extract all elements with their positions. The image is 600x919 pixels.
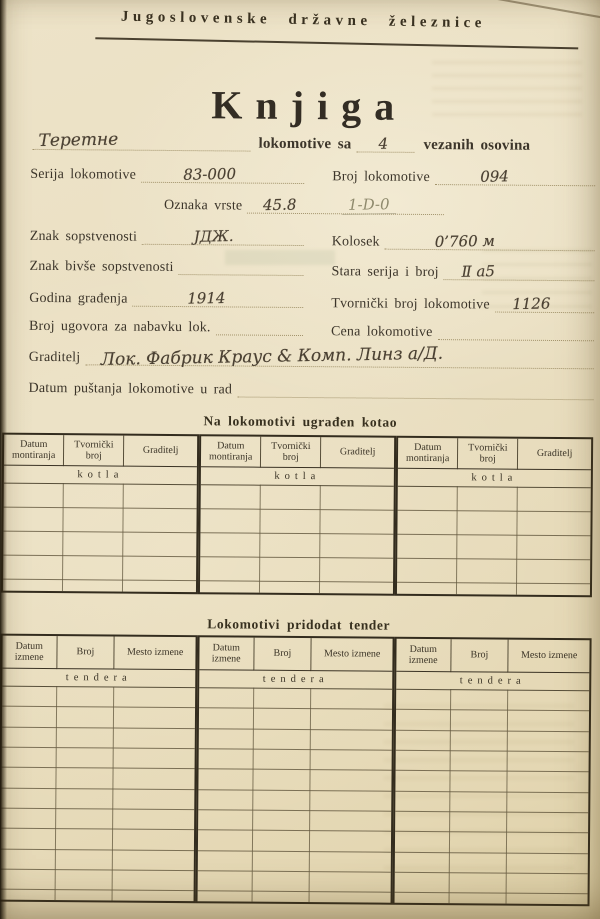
tender-subheader: tendera bbox=[2, 668, 195, 688]
empty-cell bbox=[395, 852, 449, 873]
field-cena-line bbox=[437, 322, 594, 341]
empty-row bbox=[201, 485, 394, 510]
empty-cell bbox=[2, 747, 56, 768]
empty-cell bbox=[198, 769, 252, 790]
empty-cell bbox=[198, 810, 252, 831]
empty-cell bbox=[200, 532, 260, 556]
empty-cell bbox=[2, 686, 56, 707]
kotao-subheader-row: kotla bbox=[201, 467, 394, 487]
field-broj-label: Broj lokomotive bbox=[332, 169, 430, 185]
empty-cell bbox=[320, 533, 394, 557]
empty-cell bbox=[507, 771, 588, 792]
empty-cell bbox=[449, 873, 507, 894]
kotao-section-title: Na lokomotivi ugrađen kotao bbox=[0, 412, 600, 433]
kotao-tables: Datum montiranja Tvornički broj Graditel… bbox=[1, 433, 593, 598]
empty-cell bbox=[252, 769, 310, 790]
empty-row bbox=[2, 706, 195, 728]
field-cena: Cena lokomotive bbox=[331, 321, 594, 341]
field-godina-label: Godina građenja bbox=[29, 290, 128, 306]
field-broj: Broj lokomotive 094 bbox=[332, 166, 595, 186]
empty-cell bbox=[123, 532, 197, 556]
empty-cell bbox=[1, 849, 55, 870]
tender-header-row: Datum izmene Broj Mesto izmene bbox=[2, 636, 195, 670]
field-datum-rada: Datum puštanja lokomotive u rad bbox=[28, 378, 593, 400]
empty-cell bbox=[56, 707, 114, 728]
field-znak-label: Znak sopstvenosti bbox=[30, 228, 138, 244]
empty-cell bbox=[252, 871, 310, 892]
kotao-col-datum: Datum montiranja bbox=[4, 435, 64, 466]
tender-col-broj: Broj bbox=[56, 636, 114, 669]
empty-row bbox=[200, 580, 393, 594]
empty-cell bbox=[1, 869, 55, 890]
empty-cell bbox=[507, 853, 588, 874]
empty-cell bbox=[310, 770, 391, 791]
kotao-subheader-row: kotla bbox=[398, 468, 591, 488]
empty-row bbox=[198, 850, 391, 872]
kotao-subheader: kotla bbox=[4, 465, 197, 485]
empty-row bbox=[198, 769, 391, 791]
tender-section-title: Lokomotivi pridodat tender bbox=[0, 615, 599, 636]
empty-row bbox=[198, 830, 391, 852]
empty-cell bbox=[311, 689, 392, 710]
page-title: Knjiga bbox=[3, 80, 600, 132]
empty-cell bbox=[507, 832, 588, 853]
empty-cell bbox=[55, 890, 113, 901]
empty-cell bbox=[310, 811, 391, 832]
empty-cell bbox=[114, 687, 195, 708]
kotao-header-row: Datum montiranja Tvornički broj Graditel… bbox=[201, 436, 394, 468]
empty-cell bbox=[55, 809, 113, 830]
empty-row bbox=[198, 789, 391, 811]
empty-cell bbox=[310, 872, 391, 893]
empty-row bbox=[1, 869, 194, 891]
field-tvornicki-value: 1126 bbox=[512, 294, 551, 313]
tender-table-2: Datum izmene Broj Mesto izmene tendera bbox=[196, 635, 395, 905]
axles-line: 4 bbox=[356, 134, 414, 152]
empty-row bbox=[1, 767, 194, 789]
field-znak-bivse: Znak bivše sopstvenosti bbox=[29, 256, 303, 276]
field-graditelj-value: Лок. Фабрик Краус & Комп. Линз а/Д. bbox=[100, 344, 443, 370]
empty-cell bbox=[449, 893, 507, 904]
field-godina-line: 1914 bbox=[133, 289, 304, 308]
empty-cell bbox=[113, 748, 194, 769]
empty-cell bbox=[309, 892, 390, 903]
field-stara: Stara serija i broj Ⅱ а5 bbox=[331, 261, 594, 281]
empty-row bbox=[199, 728, 392, 750]
empty-cell bbox=[55, 849, 113, 870]
empty-cell bbox=[449, 832, 507, 853]
field-znak-bivse-line bbox=[179, 257, 304, 276]
field-serija-value: 83-000 bbox=[183, 165, 236, 184]
empty-cell bbox=[450, 730, 508, 751]
empty-cell bbox=[63, 579, 123, 591]
empty-cell bbox=[198, 891, 252, 902]
kotao-table-1: Datum montiranja Tvornički broj Graditel… bbox=[1, 433, 199, 595]
empty-cell bbox=[310, 831, 391, 852]
empty-cell bbox=[395, 893, 449, 904]
empty-cell bbox=[398, 486, 458, 510]
empty-cell bbox=[310, 750, 391, 771]
field-stara-value: Ⅱ а5 bbox=[462, 262, 496, 281]
field-graditelj-line: Лок. Фабрик Краус & Комп. Линз а/Д. bbox=[85, 347, 594, 369]
empty-cell bbox=[507, 873, 588, 894]
kotao-col-graditelj: Graditelj bbox=[518, 439, 592, 470]
empty-cell bbox=[55, 829, 113, 850]
tender-col-broj: Broj bbox=[450, 639, 508, 672]
empty-cell bbox=[260, 533, 320, 557]
railway-masthead: Jugoslovenske državne železnice bbox=[3, 7, 600, 35]
empty-row bbox=[198, 891, 391, 903]
empty-cell bbox=[320, 557, 394, 581]
empty-row bbox=[2, 727, 195, 749]
empty-row bbox=[395, 811, 588, 833]
field-znak-line: ЈДЖ. bbox=[142, 227, 304, 246]
field-tvornicki: Tvornički broj lokomotive 1126 bbox=[331, 293, 594, 313]
empty-row bbox=[200, 509, 393, 534]
empty-cell bbox=[253, 749, 311, 770]
empty-row bbox=[396, 730, 589, 752]
field-oznaka-line: 45.8 1-D-0 bbox=[247, 196, 444, 216]
empty-cell bbox=[200, 580, 260, 592]
empty-row bbox=[1, 808, 194, 830]
empty-cell bbox=[63, 484, 123, 508]
field-ugovor-label: Broj ugovora za nabavku lok. bbox=[29, 318, 211, 335]
empty-cell bbox=[2, 706, 56, 727]
empty-row bbox=[200, 556, 393, 581]
tender-col-datum: Datum izmene bbox=[2, 636, 56, 669]
empty-cell bbox=[201, 485, 261, 509]
empty-row bbox=[3, 507, 196, 532]
empty-row bbox=[199, 708, 392, 730]
empty-cell bbox=[199, 708, 253, 729]
empty-cell bbox=[252, 830, 310, 851]
kotao-table-3: Datum montiranja Tvornički broj Graditel… bbox=[395, 436, 593, 598]
tender-header-row: Datum izmene Broj Mesto izmene bbox=[396, 639, 589, 673]
kotao-col-tvornicki: Tvornički broj bbox=[64, 435, 124, 466]
empty-cell bbox=[260, 557, 320, 581]
kotao-col-datum: Datum montiranja bbox=[398, 438, 458, 469]
empty-cell bbox=[310, 790, 391, 811]
tender-col-mesto: Mesto izmene bbox=[311, 638, 392, 671]
tender-col-datum: Datum izmene bbox=[199, 637, 253, 670]
empty-row bbox=[199, 688, 392, 710]
field-serija-line: 83-000 bbox=[141, 165, 304, 184]
empty-cell bbox=[253, 729, 311, 750]
axles-value: 4 bbox=[378, 135, 388, 153]
empty-cell bbox=[457, 511, 517, 535]
empty-cell bbox=[457, 582, 517, 594]
empty-cell bbox=[1, 767, 55, 788]
empty-cell bbox=[113, 829, 194, 850]
empty-cell bbox=[311, 709, 392, 730]
empty-cell bbox=[450, 690, 508, 711]
empty-cell bbox=[123, 484, 197, 508]
empty-cell bbox=[508, 710, 589, 731]
field-oznaka: Oznaka vrste 45.8 1-D-0 bbox=[164, 195, 444, 215]
empty-cell bbox=[199, 688, 253, 709]
kotao-col-tvornicki: Tvornički broj bbox=[261, 437, 321, 468]
empty-row bbox=[1, 849, 194, 871]
subtitle-label-mid: lokomotive sa bbox=[258, 135, 351, 152]
field-znak: Znak sopstvenosti ЈДЖ. bbox=[30, 226, 304, 246]
empty-cell bbox=[320, 486, 394, 510]
kotao-subheader: kotla bbox=[201, 467, 394, 487]
empty-cell bbox=[397, 582, 457, 594]
empty-cell bbox=[113, 768, 194, 789]
empty-cell bbox=[113, 789, 194, 810]
field-stara-label: Stara serija i broj bbox=[331, 264, 438, 280]
tender-header-row: Datum izmene Broj Mesto izmene bbox=[199, 637, 392, 671]
empty-row bbox=[3, 555, 196, 580]
empty-row bbox=[3, 579, 196, 593]
empty-cell bbox=[123, 508, 197, 532]
field-oznaka-value2: 1-D-0 bbox=[342, 195, 396, 215]
empty-cell bbox=[397, 510, 457, 534]
empty-cell bbox=[55, 870, 113, 891]
empty-cell bbox=[113, 870, 194, 891]
empty-cell bbox=[320, 510, 394, 534]
field-ugovor: Broj ugovora za nabavku lok. bbox=[29, 316, 303, 336]
empty-cell bbox=[3, 507, 63, 531]
tender-tables: Datum izmene Broj Mesto izmene tendera bbox=[0, 634, 592, 907]
empty-row bbox=[396, 689, 589, 711]
field-ugovor-line bbox=[216, 317, 304, 336]
empty-cell bbox=[395, 791, 449, 812]
empty-cell bbox=[517, 487, 591, 511]
empty-cell bbox=[506, 893, 587, 904]
empty-cell bbox=[253, 688, 311, 709]
empty-cell bbox=[200, 556, 260, 580]
empty-cell bbox=[260, 581, 320, 593]
field-graditelj: Graditelj Лок. Фабрик Краус & Комп. Линз… bbox=[29, 347, 594, 369]
empty-cell bbox=[198, 789, 252, 810]
empty-cell bbox=[260, 485, 320, 509]
empty-cell bbox=[252, 891, 310, 902]
empty-cell bbox=[2, 727, 56, 748]
empty-row bbox=[395, 771, 588, 793]
field-stara-line: Ⅱ а5 bbox=[444, 262, 595, 281]
empty-cell bbox=[123, 580, 196, 593]
kotao-header-row: Datum montiranja Tvornički broj Graditel… bbox=[4, 435, 197, 467]
empty-cell bbox=[397, 558, 457, 582]
empty-cell bbox=[56, 727, 114, 748]
empty-cell bbox=[450, 751, 508, 772]
kotao-col-tvornicki: Tvornički broj bbox=[458, 438, 518, 469]
empty-row bbox=[199, 749, 392, 771]
field-oznaka-label: Oznaka vrste bbox=[164, 198, 242, 214]
tender-col-mesto: Mesto izmene bbox=[508, 640, 589, 673]
empty-cell bbox=[55, 768, 113, 789]
empty-cell bbox=[1, 889, 55, 900]
empty-cell bbox=[56, 748, 114, 769]
empty-cell bbox=[123, 556, 197, 580]
empty-row bbox=[200, 532, 393, 557]
tender-table-3: Datum izmene Broj Mesto izmene tendera bbox=[393, 637, 592, 907]
empty-row bbox=[2, 686, 195, 708]
empty-cell bbox=[311, 729, 392, 750]
empty-cell bbox=[457, 558, 517, 582]
field-godina-value: 1914 bbox=[187, 289, 226, 308]
empty-cell bbox=[507, 792, 588, 813]
empty-row bbox=[397, 510, 590, 535]
empty-cell bbox=[507, 751, 588, 772]
empty-row bbox=[397, 534, 590, 559]
empty-cell bbox=[3, 579, 63, 591]
empty-row bbox=[397, 582, 590, 596]
empty-cell bbox=[517, 535, 591, 559]
empty-cell bbox=[199, 728, 253, 749]
empty-cell bbox=[4, 483, 64, 507]
empty-cell bbox=[199, 749, 253, 770]
empty-cell bbox=[395, 832, 449, 853]
empty-cell bbox=[55, 788, 113, 809]
empty-cell bbox=[114, 707, 195, 728]
empty-cell bbox=[200, 509, 260, 533]
empty-cell bbox=[253, 708, 311, 729]
field-tvornicki-line: 1126 bbox=[495, 295, 595, 314]
empty-row bbox=[397, 558, 590, 583]
field-znak-value: ЈДЖ. bbox=[194, 227, 234, 246]
kotao-col-graditelj: Graditelj bbox=[124, 436, 198, 467]
empty-row bbox=[2, 747, 195, 769]
kotao-col-graditelj: Graditelj bbox=[321, 437, 395, 468]
book-binding-edge bbox=[0, 0, 7, 919]
empty-cell bbox=[457, 487, 517, 511]
empty-cell bbox=[395, 872, 449, 893]
field-kolosek-value: 0’760 м bbox=[435, 232, 495, 251]
empty-cell bbox=[63, 531, 123, 555]
tender-subheader: tendera bbox=[396, 671, 589, 691]
field-serija-label: Serija lokomotive bbox=[30, 166, 136, 182]
empty-cell bbox=[260, 509, 320, 533]
field-broj-line: 094 bbox=[435, 167, 595, 186]
locomotive-type-value: Теретне bbox=[38, 130, 118, 151]
field-datum-rada-label: Datum puštanja lokomotive u rad bbox=[28, 380, 232, 397]
empty-cell bbox=[449, 791, 507, 812]
field-datum-rada-line bbox=[237, 380, 594, 401]
locomotive-type-line: Теретне bbox=[32, 132, 250, 152]
tender-subheader-row: tendera bbox=[396, 671, 589, 691]
field-cena-label: Cena lokomotive bbox=[331, 324, 433, 340]
subtitle-label-end: vezanih osovina bbox=[423, 136, 530, 153]
empty-cell bbox=[1, 828, 55, 849]
empty-cell bbox=[449, 852, 507, 873]
tender-col-datum: Datum izmene bbox=[396, 639, 450, 672]
empty-cell bbox=[114, 728, 195, 749]
empty-cell bbox=[63, 508, 123, 532]
empty-cell bbox=[517, 511, 591, 535]
empty-cell bbox=[517, 559, 591, 583]
empty-row bbox=[1, 828, 194, 850]
field-kolosek-label: Kolosek bbox=[332, 234, 380, 250]
kotao-header-row: Datum montiranja Tvornički broj Graditel… bbox=[398, 438, 591, 470]
subtitle-row: Теретне lokomotive sa 4 vezanih osovina bbox=[32, 132, 574, 154]
empty-cell bbox=[396, 689, 450, 710]
empty-row bbox=[198, 810, 391, 832]
kotao-col-datum: Datum montiranja bbox=[201, 436, 261, 467]
empty-cell bbox=[517, 583, 590, 596]
empty-cell bbox=[508, 731, 589, 752]
empty-row bbox=[396, 750, 589, 772]
scanned-book-page: Jugoslovenske državne železnice Knjiga Т… bbox=[0, 0, 600, 919]
empty-row bbox=[396, 710, 589, 732]
empty-cell bbox=[113, 809, 194, 830]
empty-cell bbox=[450, 710, 508, 731]
empty-row bbox=[1, 788, 194, 810]
empty-cell bbox=[198, 830, 252, 851]
field-znak-bivse-label: Znak bivše sopstvenosti bbox=[29, 258, 173, 275]
field-serija: Serija lokomotive 83-000 bbox=[30, 164, 304, 184]
empty-cell bbox=[396, 710, 450, 731]
empty-cell bbox=[252, 851, 310, 872]
empty-cell bbox=[320, 581, 393, 594]
empty-cell bbox=[252, 810, 310, 831]
kotao-subheader: kotla bbox=[398, 468, 591, 488]
field-godina: Godina građenja 1914 bbox=[29, 288, 303, 308]
kotao-subheader-row: kotla bbox=[4, 465, 197, 485]
empty-cell bbox=[63, 555, 123, 579]
empty-cell bbox=[1, 808, 55, 829]
empty-row bbox=[395, 872, 588, 894]
empty-cell bbox=[113, 850, 194, 871]
tender-col-broj: Broj bbox=[253, 638, 311, 671]
empty-cell bbox=[1, 788, 55, 809]
empty-cell bbox=[449, 771, 507, 792]
empty-cell bbox=[3, 555, 63, 579]
empty-cell bbox=[56, 687, 114, 708]
empty-row bbox=[398, 486, 591, 511]
empty-cell bbox=[395, 811, 449, 832]
empty-row bbox=[3, 531, 196, 556]
empty-cell bbox=[112, 890, 193, 901]
tender-subheader-row: tendera bbox=[199, 670, 392, 690]
masthead-underline bbox=[95, 37, 578, 49]
tender-col-mesto: Mesto izmene bbox=[114, 637, 195, 670]
empty-cell bbox=[457, 534, 517, 558]
tender-subheader-row: tendera bbox=[2, 668, 195, 688]
empty-row bbox=[198, 871, 391, 893]
empty-row bbox=[395, 832, 588, 854]
empty-cell bbox=[252, 790, 310, 811]
kotao-table-2: Datum montiranja Tvornički broj Graditel… bbox=[198, 434, 396, 596]
empty-cell bbox=[198, 850, 252, 871]
empty-row bbox=[395, 791, 588, 813]
tender-table-1: Datum izmene Broj Mesto izmene tendera bbox=[0, 634, 198, 904]
field-oznaka-value: 45.8 bbox=[263, 196, 297, 215]
empty-cell bbox=[395, 771, 449, 792]
empty-cell bbox=[396, 750, 450, 771]
empty-row bbox=[395, 852, 588, 874]
empty-cell bbox=[507, 812, 588, 833]
empty-row bbox=[1, 889, 194, 901]
empty-cell bbox=[310, 851, 391, 872]
empty-cell bbox=[449, 812, 507, 833]
field-kolosek: Kolosek 0’760 м bbox=[332, 231, 595, 251]
tender-subheader: tendera bbox=[199, 670, 392, 690]
empty-cell bbox=[198, 871, 252, 892]
empty-cell bbox=[397, 534, 457, 558]
field-tvornicki-label: Tvornički broj lokomotive bbox=[331, 296, 490, 313]
empty-cell bbox=[508, 690, 589, 711]
field-broj-value: 094 bbox=[480, 167, 509, 186]
field-graditelj-label: Graditelj bbox=[29, 349, 81, 365]
empty-cell bbox=[3, 531, 63, 555]
page-content: Jugoslovenske državne železnice Knjiga Т… bbox=[0, 0, 600, 919]
empty-cell bbox=[396, 730, 450, 751]
field-kolosek-line: 0’760 м bbox=[385, 232, 595, 252]
empty-row bbox=[395, 893, 588, 905]
empty-row bbox=[4, 483, 197, 508]
